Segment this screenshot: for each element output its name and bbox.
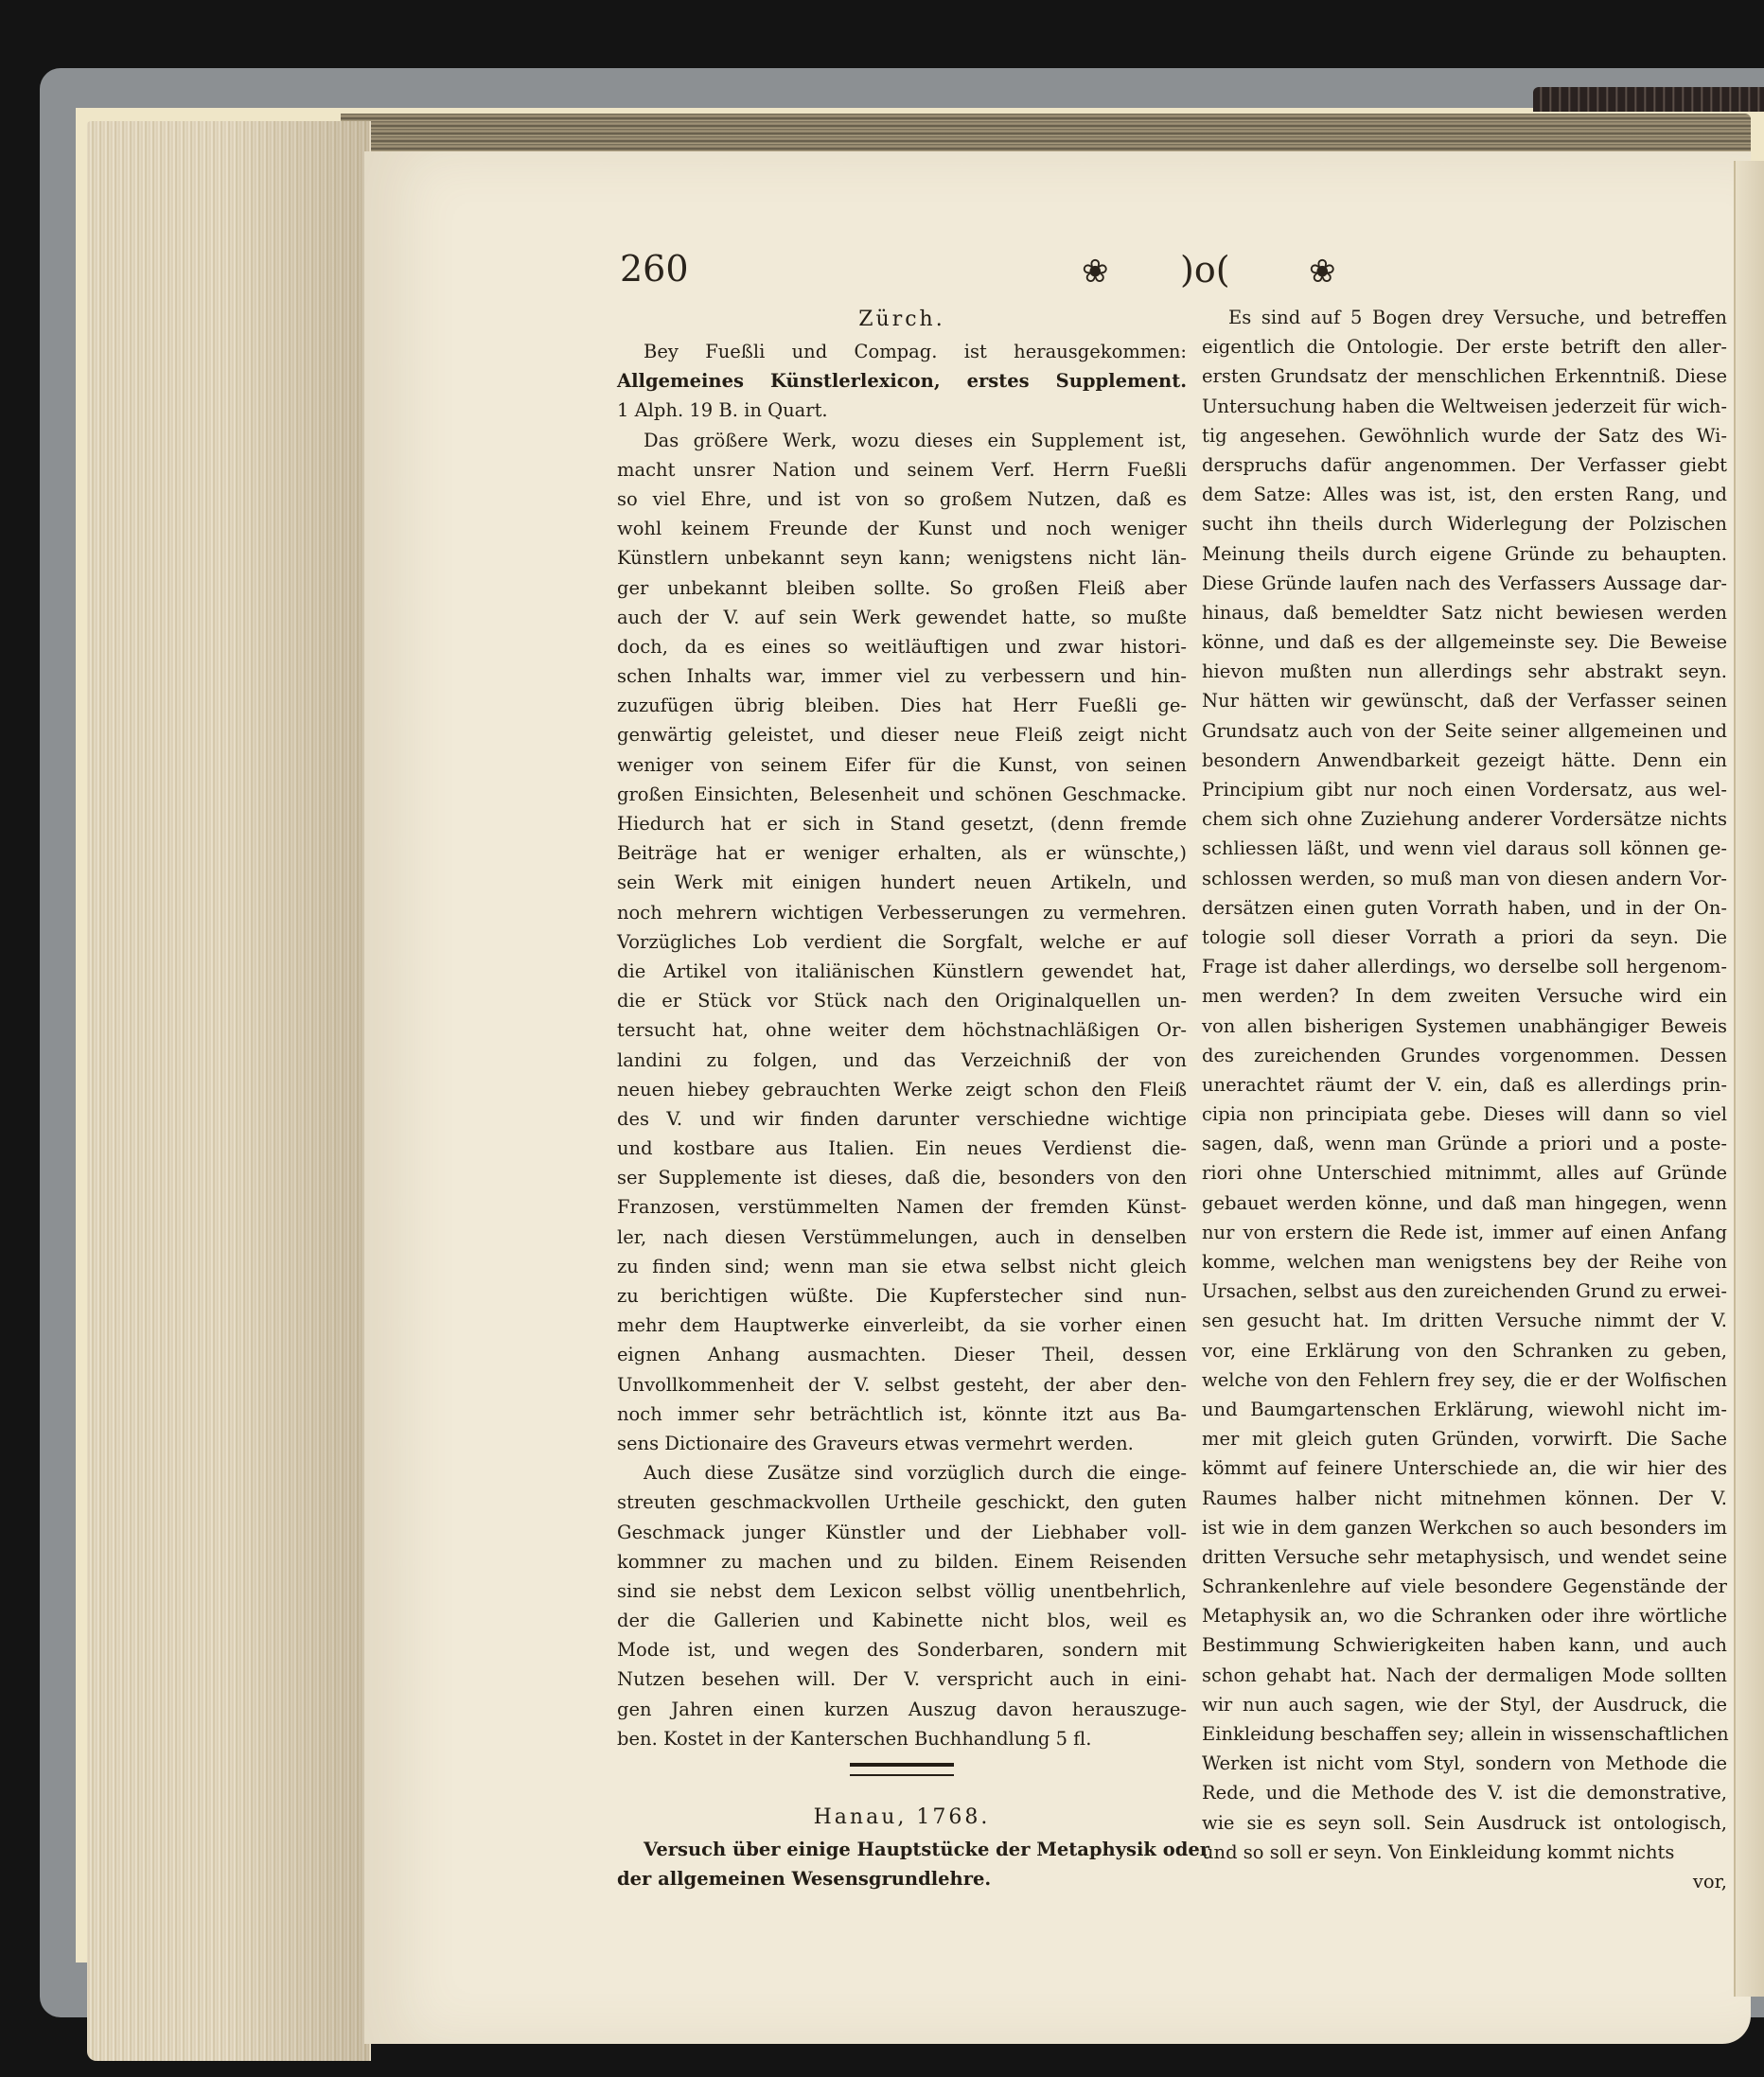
- text-line: zu berichtigen wüßte. Die Kupferstecher …: [617, 1281, 1187, 1311]
- center-ornament: )o(: [1180, 252, 1230, 288]
- text-line: Franzosen, verstümmelten Namen der fremd…: [617, 1192, 1187, 1222]
- page-number: 260: [620, 248, 689, 290]
- text-line: Beiträge hat er weniger erhalten, als er…: [617, 838, 1187, 868]
- text-line: schlossen werden, so muß man von diesen …: [1202, 864, 1727, 893]
- text-line: so viel Ehre, und ist von so großem Nutz…: [617, 484, 1187, 514]
- text-line: eignen Anhang ausmachten. Dieser Theil, …: [617, 1340, 1187, 1369]
- text-line: ist wie in dem ganzen Werkchen so auch b…: [1202, 1513, 1727, 1542]
- text-line: hievon mußten nun allerdings sehr abstra…: [1202, 657, 1727, 686]
- text-line: Meinung theils durch eigene Gründe zu be…: [1202, 539, 1727, 569]
- text-line: unerachtet räumt der V. ein, daß es alle…: [1202, 1070, 1727, 1100]
- intro-line: 1 Alph. 19 B. in Quart.: [617, 396, 1187, 425]
- shell-ornament-icon: ❀: [1082, 255, 1109, 288]
- text-line: der die Gallerien und Kabinette nicht bl…: [617, 1606, 1187, 1635]
- running-head: 260 ❀ )o( ❀: [620, 248, 1528, 305]
- text-line: dersätzen einen guten Vorrath haben, und…: [1202, 893, 1727, 923]
- text-line: und so soll er seyn. Von Einkleidung kom…: [1202, 1838, 1727, 1867]
- text-line: die Artikel von italiänischen Künstlern …: [617, 957, 1187, 986]
- text-line: sein Werk mit einigen hundert neuen Arti…: [617, 868, 1187, 897]
- left-column: Zürch. Bey Fueßli und Compag. ist heraus…: [617, 303, 1187, 1893]
- page-right-edge: [1734, 161, 1764, 1997]
- text-line: derspruchs dafür angenommen. Der Verfass…: [1202, 450, 1727, 480]
- text-line: Frage ist daher allerdings, wo derselbe …: [1202, 952, 1727, 981]
- right-column: Es sind auf 5 Bogen drey Versuche, und b…: [1202, 303, 1727, 1896]
- text-line: tersucht hat, ohne weiter dem höchstnach…: [617, 1015, 1187, 1045]
- text-line: sen gesucht hat. Im dritten Versuche nim…: [1202, 1306, 1727, 1335]
- text-line: Auch diese Zusätze sind vorzüglich durch…: [617, 1458, 1187, 1487]
- text-line: von allen bisherigen Systemen unabhängig…: [1202, 1012, 1727, 1041]
- section-divider: [850, 1763, 954, 1776]
- article-body: Es sind auf 5 Bogen drey Versuche, und b…: [1202, 303, 1727, 1867]
- text-line: dritten Versuche sehr metaphysisch, und …: [1202, 1542, 1727, 1572]
- text-line: wie sie es seyn soll. Sein Ausdruck ist …: [1202, 1808, 1727, 1838]
- text-line: neuen hiebey gebrauchten Werke zeigt sch…: [617, 1075, 1187, 1104]
- text-line: Nutzen besehen will. Der V. verspricht a…: [617, 1664, 1187, 1694]
- text-line: sucht ihn theils durch Widerlegung der P…: [1202, 509, 1727, 538]
- text-line: ser Supplemente ist dieses, daß die, bes…: [617, 1163, 1187, 1192]
- text-line: kömmt auf feinere Unterschiede an, die w…: [1202, 1453, 1727, 1483]
- text-line: Mode ist, und wegen des Sonderbaren, son…: [617, 1635, 1187, 1664]
- text-line: wohl keinem Freunde der Kunst und noch w…: [617, 514, 1187, 543]
- text-line: schen Inhalts war, immer viel zu verbess…: [617, 661, 1187, 691]
- text-line: ben. Kostet in der Kanterschen Buchhandl…: [617, 1724, 1187, 1753]
- text-line: Diese Gründe laufen nach des Verfassers …: [1202, 569, 1727, 598]
- text-line: komme, welchen man wenigstens bey der Re…: [1202, 1247, 1727, 1276]
- text-line: macht unsrer Nation und seinem Verf. Her…: [617, 455, 1187, 484]
- text-line: Künstlern unbekannt seyn kann; wenigsten…: [617, 543, 1187, 572]
- text-line: Rede, und die Methode des V. ist die dem…: [1202, 1778, 1727, 1807]
- text-line: riori ohne Unterschied mitnimmt, alles a…: [1202, 1158, 1727, 1188]
- text-line: besondern Anwendbarkeit gezeigt hätte. D…: [1202, 746, 1727, 775]
- text-line: Werken ist nicht vom Styl, sondern von M…: [1202, 1749, 1727, 1778]
- text-line: schliessen läßt, und wenn viel daraus so…: [1202, 834, 1727, 863]
- text-line: ersten Grundsatz der menschlichen Erkenn…: [1202, 361, 1727, 391]
- text-line: Geschmack junger Künstler und der Liebha…: [617, 1518, 1187, 1547]
- text-line: sagen, daß, wenn man Gründe a priori und…: [1202, 1129, 1727, 1158]
- article-place-heading: Zürch.: [617, 303, 1187, 337]
- text-line: ger unbekannt bleiben sollte. So großen …: [617, 573, 1187, 603]
- headband: [1533, 87, 1764, 112]
- intro-line: Bey Fueßli und Compag. ist herausgekomme…: [617, 337, 1187, 366]
- catchword: vor,: [1202, 1867, 1727, 1896]
- text-line: Nur hätten wir gewünscht, daß der Verfas…: [1202, 686, 1727, 715]
- text-line: Einkleidung beschaffen sey; allein in wi…: [1202, 1719, 1727, 1749]
- text-line: Grundsatz auch von der Seite seiner allg…: [1202, 716, 1727, 746]
- text-line: hinaus, daß bemeldter Satz nicht bewiese…: [1202, 598, 1727, 627]
- text-line: weniger von seinem Eifer für die Kunst, …: [617, 750, 1187, 780]
- text-line: gen Jahren einen kurzen Auszug davon her…: [617, 1695, 1187, 1724]
- article-body-paragraph-2: Auch diese Zusätze sind vorzüglich durch…: [617, 1458, 1187, 1753]
- text-line: Ursachen, selbst aus den zureichenden Gr…: [1202, 1276, 1727, 1306]
- text-line: ler, nach diesen Verstümmelungen, auch i…: [617, 1223, 1187, 1252]
- text-line: des V. und wir finden darunter verschied…: [617, 1104, 1187, 1134]
- text-line: genwärtig geleistet, und dieser neue Fle…: [617, 720, 1187, 749]
- text-line: noch mehrern wichtigen Verbesserungen zu…: [617, 898, 1187, 927]
- intro-line-title: Allgemeines Künstlerlexicon, erstes Supp…: [617, 366, 1187, 396]
- text-line: Schrankenlehre auf viele besondere Gegen…: [1202, 1572, 1727, 1601]
- text-line: und Baumgartenschen Erklärung, wiewohl n…: [1202, 1395, 1727, 1424]
- text-line: könne, und daß es der allgemeinste sey. …: [1202, 627, 1727, 657]
- text-line: welche von den Fehlern frey sey, die er …: [1202, 1365, 1727, 1395]
- article-body: Das größere Werk, wozu dieses ein Supple…: [617, 426, 1187, 1459]
- text-line: Bestimmung Schwierigkeiten haben kann, u…: [1202, 1630, 1727, 1660]
- text-line: nur von erstern die Rede ist, immer auf …: [1202, 1218, 1727, 1247]
- text-line: chem sich ohne Zuziehung anderer Vorders…: [1202, 804, 1727, 834]
- text-line: Hiedurch hat er sich in Stand gesetzt, (…: [617, 809, 1187, 838]
- text-line: dem Satze: Alles was ist, ist, den erste…: [1202, 480, 1727, 509]
- title-line: der allgemeinen Wesensgrundlehre.: [617, 1864, 1187, 1893]
- text-line: tologie soll dieser Vorrath a priori da …: [1202, 923, 1727, 952]
- text-line: eigentlich die Ontologie. Der erste betr…: [1202, 332, 1727, 361]
- article-intro: Bey Fueßli und Compag. ist herausgekomme…: [617, 337, 1187, 426]
- text-line: gebauet werden könne, und daß man hingeg…: [1202, 1188, 1727, 1218]
- text-line: wir nun auch sagen, wie der Styl, der Au…: [1202, 1690, 1727, 1719]
- text-line: die er Stück vor Stück nach den Original…: [617, 986, 1187, 1015]
- text-line: großen Einsichten, Belesenheit und schön…: [617, 780, 1187, 809]
- text-line: Vorzügliches Lob verdient die Sorgfalt, …: [617, 927, 1187, 957]
- shell-ornament-icon: ❀: [1309, 255, 1336, 288]
- text-line: zu finden sind; wenn man sie etwa selbst…: [617, 1252, 1187, 1281]
- text-line: tig angesehen. Gewöhnlich wurde der Satz…: [1202, 421, 1727, 450]
- text-line: Unvollkommenheit der V. selbst gesteht, …: [617, 1370, 1187, 1399]
- title-line: Versuch über einige Hauptstücke der Meta…: [617, 1835, 1187, 1864]
- text-line: und kostbare aus Italien. Ein neues Verd…: [617, 1134, 1187, 1163]
- text-line: sind sie nebst dem Lexicon selbst völlig…: [617, 1576, 1187, 1606]
- text-line: landini zu folgen, und das Verzeichniß d…: [617, 1046, 1187, 1075]
- text-line: doch, da es eines so weitläuftigen und z…: [617, 632, 1187, 661]
- text-line: Untersuchung haben die Weltweisen jederz…: [1202, 392, 1727, 421]
- text-line: Raumes halber nicht mitnehmen können. De…: [1202, 1484, 1727, 1513]
- text-line: des zureichenden Grundes vorgenommen. De…: [1202, 1041, 1727, 1070]
- text-line: cipia non principiata gebe. Dieses will …: [1202, 1100, 1727, 1129]
- text-line: Das größere Werk, wozu dieses ein Supple…: [617, 426, 1187, 455]
- text-line: men werden? In dem zweiten Versuche wird…: [1202, 981, 1727, 1011]
- text-line: zuzufügen übrig bleiben. Dies hat Herr F…: [617, 691, 1187, 720]
- text-line: Metaphysik an, wo die Schranken oder ihr…: [1202, 1601, 1727, 1630]
- text-line: Es sind auf 5 Bogen drey Versuche, und b…: [1202, 303, 1727, 332]
- page-stack-shadow: [227, 121, 369, 2061]
- text-line: vor, eine Erklärung von den Schranken zu…: [1202, 1336, 1727, 1365]
- text-line: sens Dictionaire des Graveurs etwas verm…: [617, 1429, 1187, 1458]
- text-line: streuten geschmackvollen Urtheile geschi…: [617, 1487, 1187, 1517]
- text-line: kommner zu machen und zu bilden. Einem R…: [617, 1547, 1187, 1576]
- text-line: schon gehabt hat. Nach der dermaligen Mo…: [1202, 1661, 1727, 1690]
- text-line: noch immer sehr beträchtlich ist, könnte…: [617, 1399, 1187, 1429]
- text-line: Principium gibt nur noch einen Vordersat…: [1202, 775, 1727, 804]
- text-line: mer mit gleich guten Gründen, vorwirft. …: [1202, 1424, 1727, 1453]
- text-line: mehr dem Hauptwerke einverleibt, da sie …: [617, 1311, 1187, 1340]
- article-title: Versuch über einige Hauptstücke der Meta…: [617, 1835, 1187, 1893]
- text-line: auch der V. auf sein Werk gewendet hatte…: [617, 603, 1187, 632]
- article-place-heading: Hanau, 1768.: [617, 1801, 1187, 1835]
